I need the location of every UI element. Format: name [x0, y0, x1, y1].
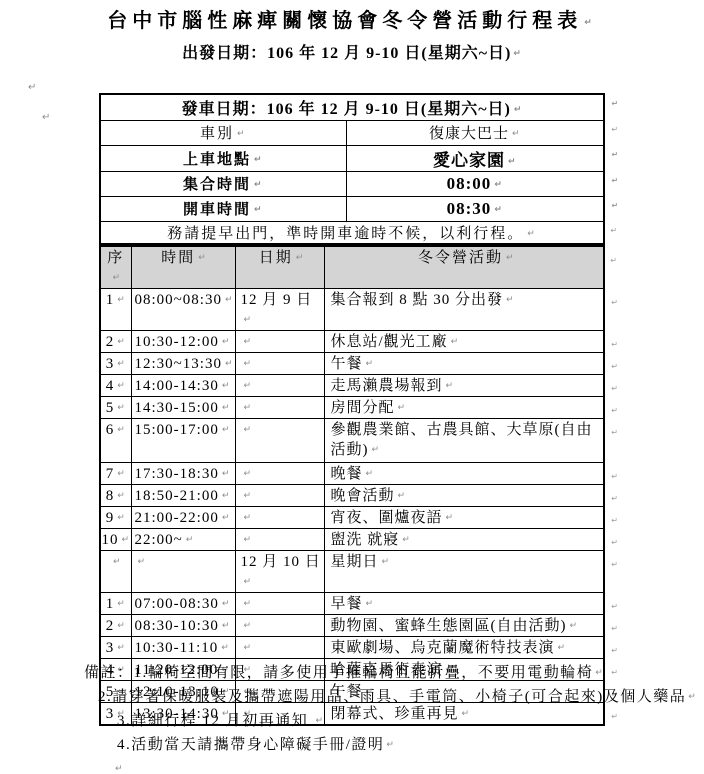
schedule-cell-activity: 盥洗 就寢 [324, 528, 604, 550]
schedule-row: 4 14:00-14:30 走馬瀨農場報到 [100, 374, 604, 396]
schedule-row: 7 17:30-18:30 晚餐 [100, 462, 604, 484]
note-line-1: 備註：1.輪椅空間有限，請多使用手推輪椅且能折疊，不要用電動輪椅↵ [84, 661, 697, 685]
note-line-4: 4.活動當天請攜帶身心障礙手冊/證明↵ [84, 733, 697, 757]
schedule-cell-seq: 3 [100, 352, 131, 374]
info-header-row: 發車日期：106 年 12 月 9-10 日(星期六~日) [100, 94, 604, 120]
schedule-cell-activity: 集合報到 8 點 30 分出發 [324, 288, 604, 330]
return-mark: ↵ [42, 112, 50, 123]
schedule-row: 9 21:00-22:00 宵夜、圍爐夜語 [100, 506, 604, 528]
schedule-row: 2 08:30-10:30 動物園、蜜蜂生態園區(自由活動) [100, 614, 604, 636]
page-title: 台中市腦性麻痺關懷協會冬令營活動行程表↵ [0, 4, 704, 33]
schedule-cell-seq: 2 [100, 330, 131, 352]
info-value-cell: 08:00 [346, 171, 604, 196]
schedule-cell-date [235, 352, 324, 374]
schedule-cell-activity: 早餐 [324, 592, 604, 614]
note-line-3: 3.詳細行程 12 月初再通知 ↵ [84, 709, 697, 733]
schedule-cell-activity: 房間分配 [324, 396, 604, 418]
column-header-date: 日期 [235, 246, 324, 289]
schedule-cell-activity: 參觀農業館、古農具館、大草原(自由活動) [324, 418, 604, 462]
schedule-cell-date [235, 528, 324, 550]
schedule-row: 12 月 10 日 星期日 [100, 550, 604, 592]
schedule-cell-activity: 東歐劇場、烏克蘭魔術特技表演 [324, 636, 604, 658]
schedule-cell-date [235, 374, 324, 396]
departure-date-subtitle: 出發日期：106 年 12 月 9-10 日(星期六~日)↵ [0, 40, 704, 63]
schedule-cell-seq: 8 [100, 484, 131, 506]
info-table: 發車日期：106 年 12 月 9-10 日(星期六~日) 車別 復康大巴士 上… [99, 93, 605, 245]
schedule-cell-date [235, 592, 324, 614]
schedule-cell-seq: 2 [100, 614, 131, 636]
info-label-cell: 上車地點 [100, 145, 346, 171]
info-value-cell: 復康大巴士 [346, 120, 604, 145]
schedule-row: 3 12:30~13:30 午餐 [100, 352, 604, 374]
schedule-row: 10 22:00~ 盥洗 就寢 [100, 528, 604, 550]
schedule-row: 1 07:00-08:30 早餐 [100, 592, 604, 614]
schedule-cell-date [235, 330, 324, 352]
schedule-cell-seq: 1 [100, 288, 131, 330]
info-label-cell: 集合時間 [100, 171, 346, 196]
schedule-cell-activity: 宵夜、圍爐夜語 [324, 506, 604, 528]
schedule-cell-time: 08:30-10:30 [131, 614, 235, 636]
schedule-cell-activity: 晚餐 [324, 462, 604, 484]
bus-departure-date-cell: 發車日期：106 年 12 月 9-10 日(星期六~日) [100, 94, 604, 120]
schedule-row: 3 10:30-11:10 東歐劇場、烏克蘭魔術特技表演 [100, 636, 604, 658]
schedule-cell-seq: 10 [100, 528, 131, 550]
schedule-cell-time: 07:00-08:30 [131, 592, 235, 614]
schedule-cell-activity: 動物園、蜜蜂生態園區(自由活動) [324, 614, 604, 636]
schedule-row: 5 14:30-15:00 房間分配 [100, 396, 604, 418]
schedule-cell-date [235, 636, 324, 658]
note-line-2: 2.請穿著保暖服裝及攜帶遮陽用品、雨具、手電筒、小椅子(可合起來)及個人藥品↵ [84, 685, 697, 709]
info-value-cell: 愛心家園 [346, 145, 604, 171]
return-mark: ↵ [115, 764, 124, 774]
schedule-cell-time: 10:30-11:10 [131, 636, 235, 658]
schedule-cell-time: 14:30-15:00 [131, 396, 235, 418]
schedule-cell-time: 08:00~08:30 [131, 288, 235, 330]
schedule-cell-date [235, 614, 324, 636]
schedule-cell-seq: 3 [100, 636, 131, 658]
info-value-cell: 08:30 [346, 196, 604, 221]
notes-section: 備註：1.輪椅空間有限，請多使用手推輪椅且能折疊，不要用電動輪椅↵ 2.請穿著保… [84, 661, 697, 774]
info-row: 車別 復康大巴士 [100, 120, 604, 145]
schedule-cell-date [235, 462, 324, 484]
tables-container: 發車日期：106 年 12 月 9-10 日(星期六~日) 車別 復康大巴士 上… [99, 93, 603, 726]
schedule-cell-date: 12 月 10 日 [235, 550, 324, 592]
info-label-cell: 車別 [100, 120, 346, 145]
schedule-cell-date [235, 418, 324, 462]
return-mark: ↵ [513, 49, 522, 59]
column-header-seq: 序 [100, 246, 131, 289]
return-mark: ↵ [28, 82, 36, 93]
info-row: 集合時間 08:00 [100, 171, 604, 196]
schedule-cell-activity: 星期日 [324, 550, 604, 592]
schedule-cell-time: 22:00~ [131, 528, 235, 550]
return-mark: ↵ [316, 716, 325, 726]
schedule-cell-date [235, 484, 324, 506]
return-mark: ↵ [595, 668, 604, 678]
schedule-cell-seq: 5 [100, 396, 131, 418]
note-line-final: ↵ [84, 757, 697, 774]
schedule-row: 8 18:50-21:00 晚會活動 [100, 484, 604, 506]
schedule-cell-seq: 7 [100, 462, 131, 484]
schedule-cell-seq [100, 550, 131, 592]
info-row: 開車時間 08:30 [100, 196, 604, 221]
schedule-cell-time: 15:00-17:00 [131, 418, 235, 462]
schedule-cell-time: 12:30~13:30 [131, 352, 235, 374]
schedule-cell-date [235, 506, 324, 528]
info-label-cell: 開車時間 [100, 196, 346, 221]
schedule-cell-time: 14:00-14:30 [131, 374, 235, 396]
schedule-cell-time: 10:30-12:00 [131, 330, 235, 352]
schedule-row: 2 10:30-12:00 休息站/觀光工廠 [100, 330, 604, 352]
schedule-cell-time: 18:50-21:00 [131, 484, 235, 506]
return-mark: ↵ [584, 18, 597, 28]
schedule-row: 6 15:00-17:00 參觀農業館、古農具館、大草原(自由活動) [100, 418, 604, 462]
return-mark: ↵ [688, 692, 697, 702]
schedule-cell-seq: 6 [100, 418, 131, 462]
schedule-cell-time: 17:30-18:30 [131, 462, 235, 484]
schedule-cell-seq: 9 [100, 506, 131, 528]
schedule-cell-time [131, 550, 235, 592]
return-mark: ↵ [386, 740, 395, 750]
schedule-cell-date [235, 396, 324, 418]
document-page: ↵ ↵ 台中市腦性麻痺關懷協會冬令營活動行程表↵ 出發日期：106 年 12 月… [0, 0, 704, 774]
punctuality-notice-cell: 務請提早出門，準時開車逾時不候，以利行程。 [100, 221, 604, 244]
schedule-header-row: 序 時間 日期 冬令營活動 [100, 246, 604, 289]
schedule-cell-activity: 晚會活動 [324, 484, 604, 506]
info-notice-row: 務請提早出門，準時開車逾時不候，以利行程。 [100, 221, 604, 244]
schedule-cell-date: 12 月 9 日 [235, 288, 324, 330]
schedule-cell-seq: 4 [100, 374, 131, 396]
column-header-time: 時間 [131, 246, 235, 289]
notes-label: 備註： [84, 665, 134, 681]
info-row: 上車地點 愛心家園 [100, 145, 604, 171]
schedule-cell-activity: 午餐 [324, 352, 604, 374]
schedule-table: 序 時間 日期 冬令營活動 1 08:00~08:30 12 月 9 日 集合報… [99, 245, 605, 726]
schedule-cell-seq: 1 [100, 592, 131, 614]
column-header-activity: 冬令營活動 [324, 246, 604, 289]
schedule-cell-activity: 休息站/觀光工廠 [324, 330, 604, 352]
schedule-cell-time: 21:00-22:00 [131, 506, 235, 528]
schedule-row: 1 08:00~08:30 12 月 9 日 集合報到 8 點 30 分出發 [100, 288, 604, 330]
schedule-cell-activity: 走馬瀨農場報到 [324, 374, 604, 396]
